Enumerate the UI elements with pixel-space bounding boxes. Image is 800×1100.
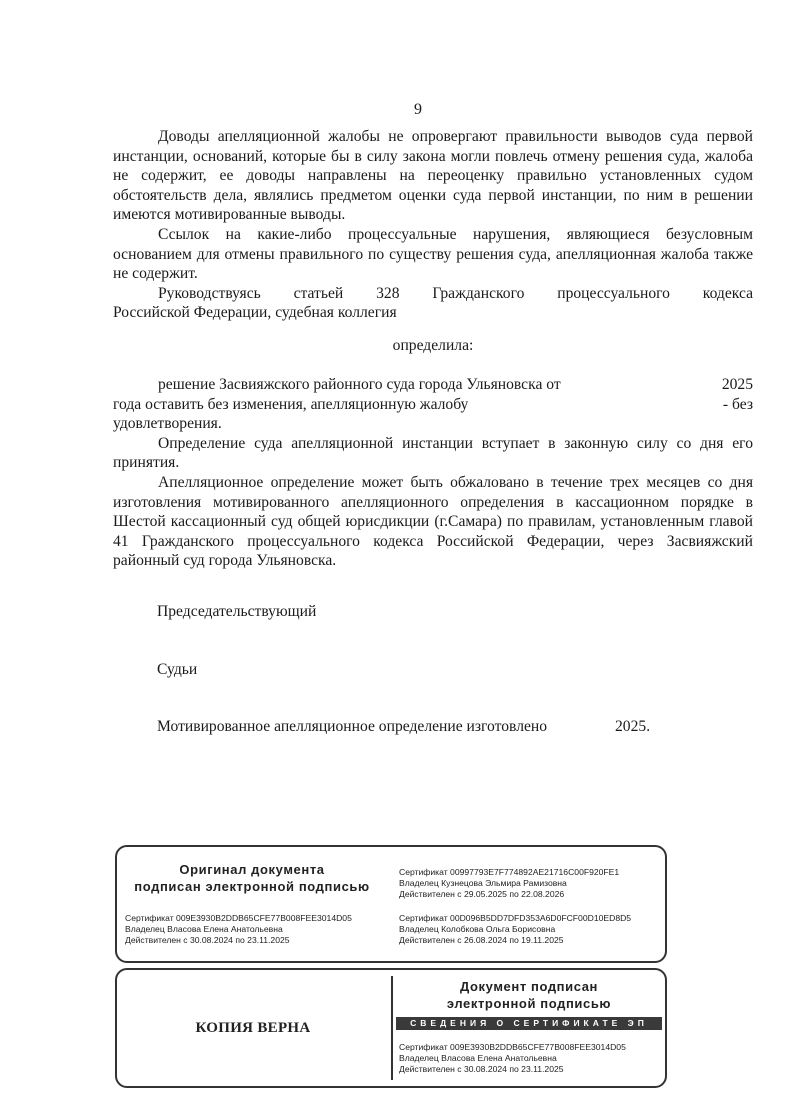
presiding-label: Председательствующий <box>157 603 316 621</box>
page-number: 9 <box>0 101 800 119</box>
stamp-copy-title: Документ подписан электронной подписью <box>396 978 662 1012</box>
determined-heading: определила: <box>113 336 753 356</box>
decision-line-1: решение Засвияжского районного суда горо… <box>113 375 753 395</box>
stamp-original-title: Оригинал документа подписан электронной … <box>117 861 387 895</box>
cert-vlasova: Сертификат 009E3930B2DDB65CFE77B008FEE30… <box>125 913 352 946</box>
made-text: Мотивированное апелляционное определение… <box>157 718 547 735</box>
decision-year: 2025 <box>722 375 753 395</box>
decision-block: решение Засвияжского районного суда горо… <box>113 375 753 571</box>
stamp-original-signed: Оригинал документа подписан электронной … <box>115 845 667 963</box>
decision-text-2: года оставить без изменения, апелляционн… <box>113 395 468 415</box>
paragraph-arguments: Доводы апелляционной жалобы не опроверга… <box>113 127 753 225</box>
decision-text-1: решение Засвияжского районного суда горо… <box>158 375 561 395</box>
judges-label: Судьи <box>157 661 197 679</box>
decision-line-2: года оставить без изменения, апелляционн… <box>113 395 753 415</box>
document-body: Доводы апелляционной жалобы не опроверга… <box>113 127 753 323</box>
decision-line-3: удовлетворения. <box>113 414 753 434</box>
cert-kolobkova: Сертификат 00D096B5DD7DFD353A6D0FCF00D10… <box>399 913 631 946</box>
decision-tail: - без <box>723 395 753 415</box>
made-line: Мотивированное апелляционное определение… <box>157 718 657 736</box>
cert-info-bar: СВЕДЕНИЯ О СЕРТИФИКАТЕ ЭП <box>396 1017 662 1030</box>
paragraph-appeal: Апелляционное определение может быть обж… <box>113 473 753 571</box>
made-year: 2025. <box>615 718 650 736</box>
copy-verified-label: КОПИЯ ВЕРНА <box>117 1020 389 1037</box>
cert-kuznetsova: Сертификат 00997793E7F774892AE21716C00F9… <box>399 867 619 900</box>
paragraph-guided-by-cont: Российской Федерации, судебная коллегия <box>113 303 753 323</box>
paragraph-violations: Ссылок на какие-либо процессуальные нару… <box>113 225 753 284</box>
stamp-copy-verified: КОПИЯ ВЕРНА Документ подписан электронно… <box>115 968 667 1088</box>
paragraph-effect: Определение суда апелляционной инстанции… <box>113 434 753 473</box>
cert-copy-vlasova: Сертификат 009E3930B2DDB65CFE77B008FEE30… <box>399 1042 626 1075</box>
paragraph-guided-by: Руководствуясь статьей 328 Гражданского … <box>113 284 753 304</box>
stamp-divider <box>391 976 393 1080</box>
